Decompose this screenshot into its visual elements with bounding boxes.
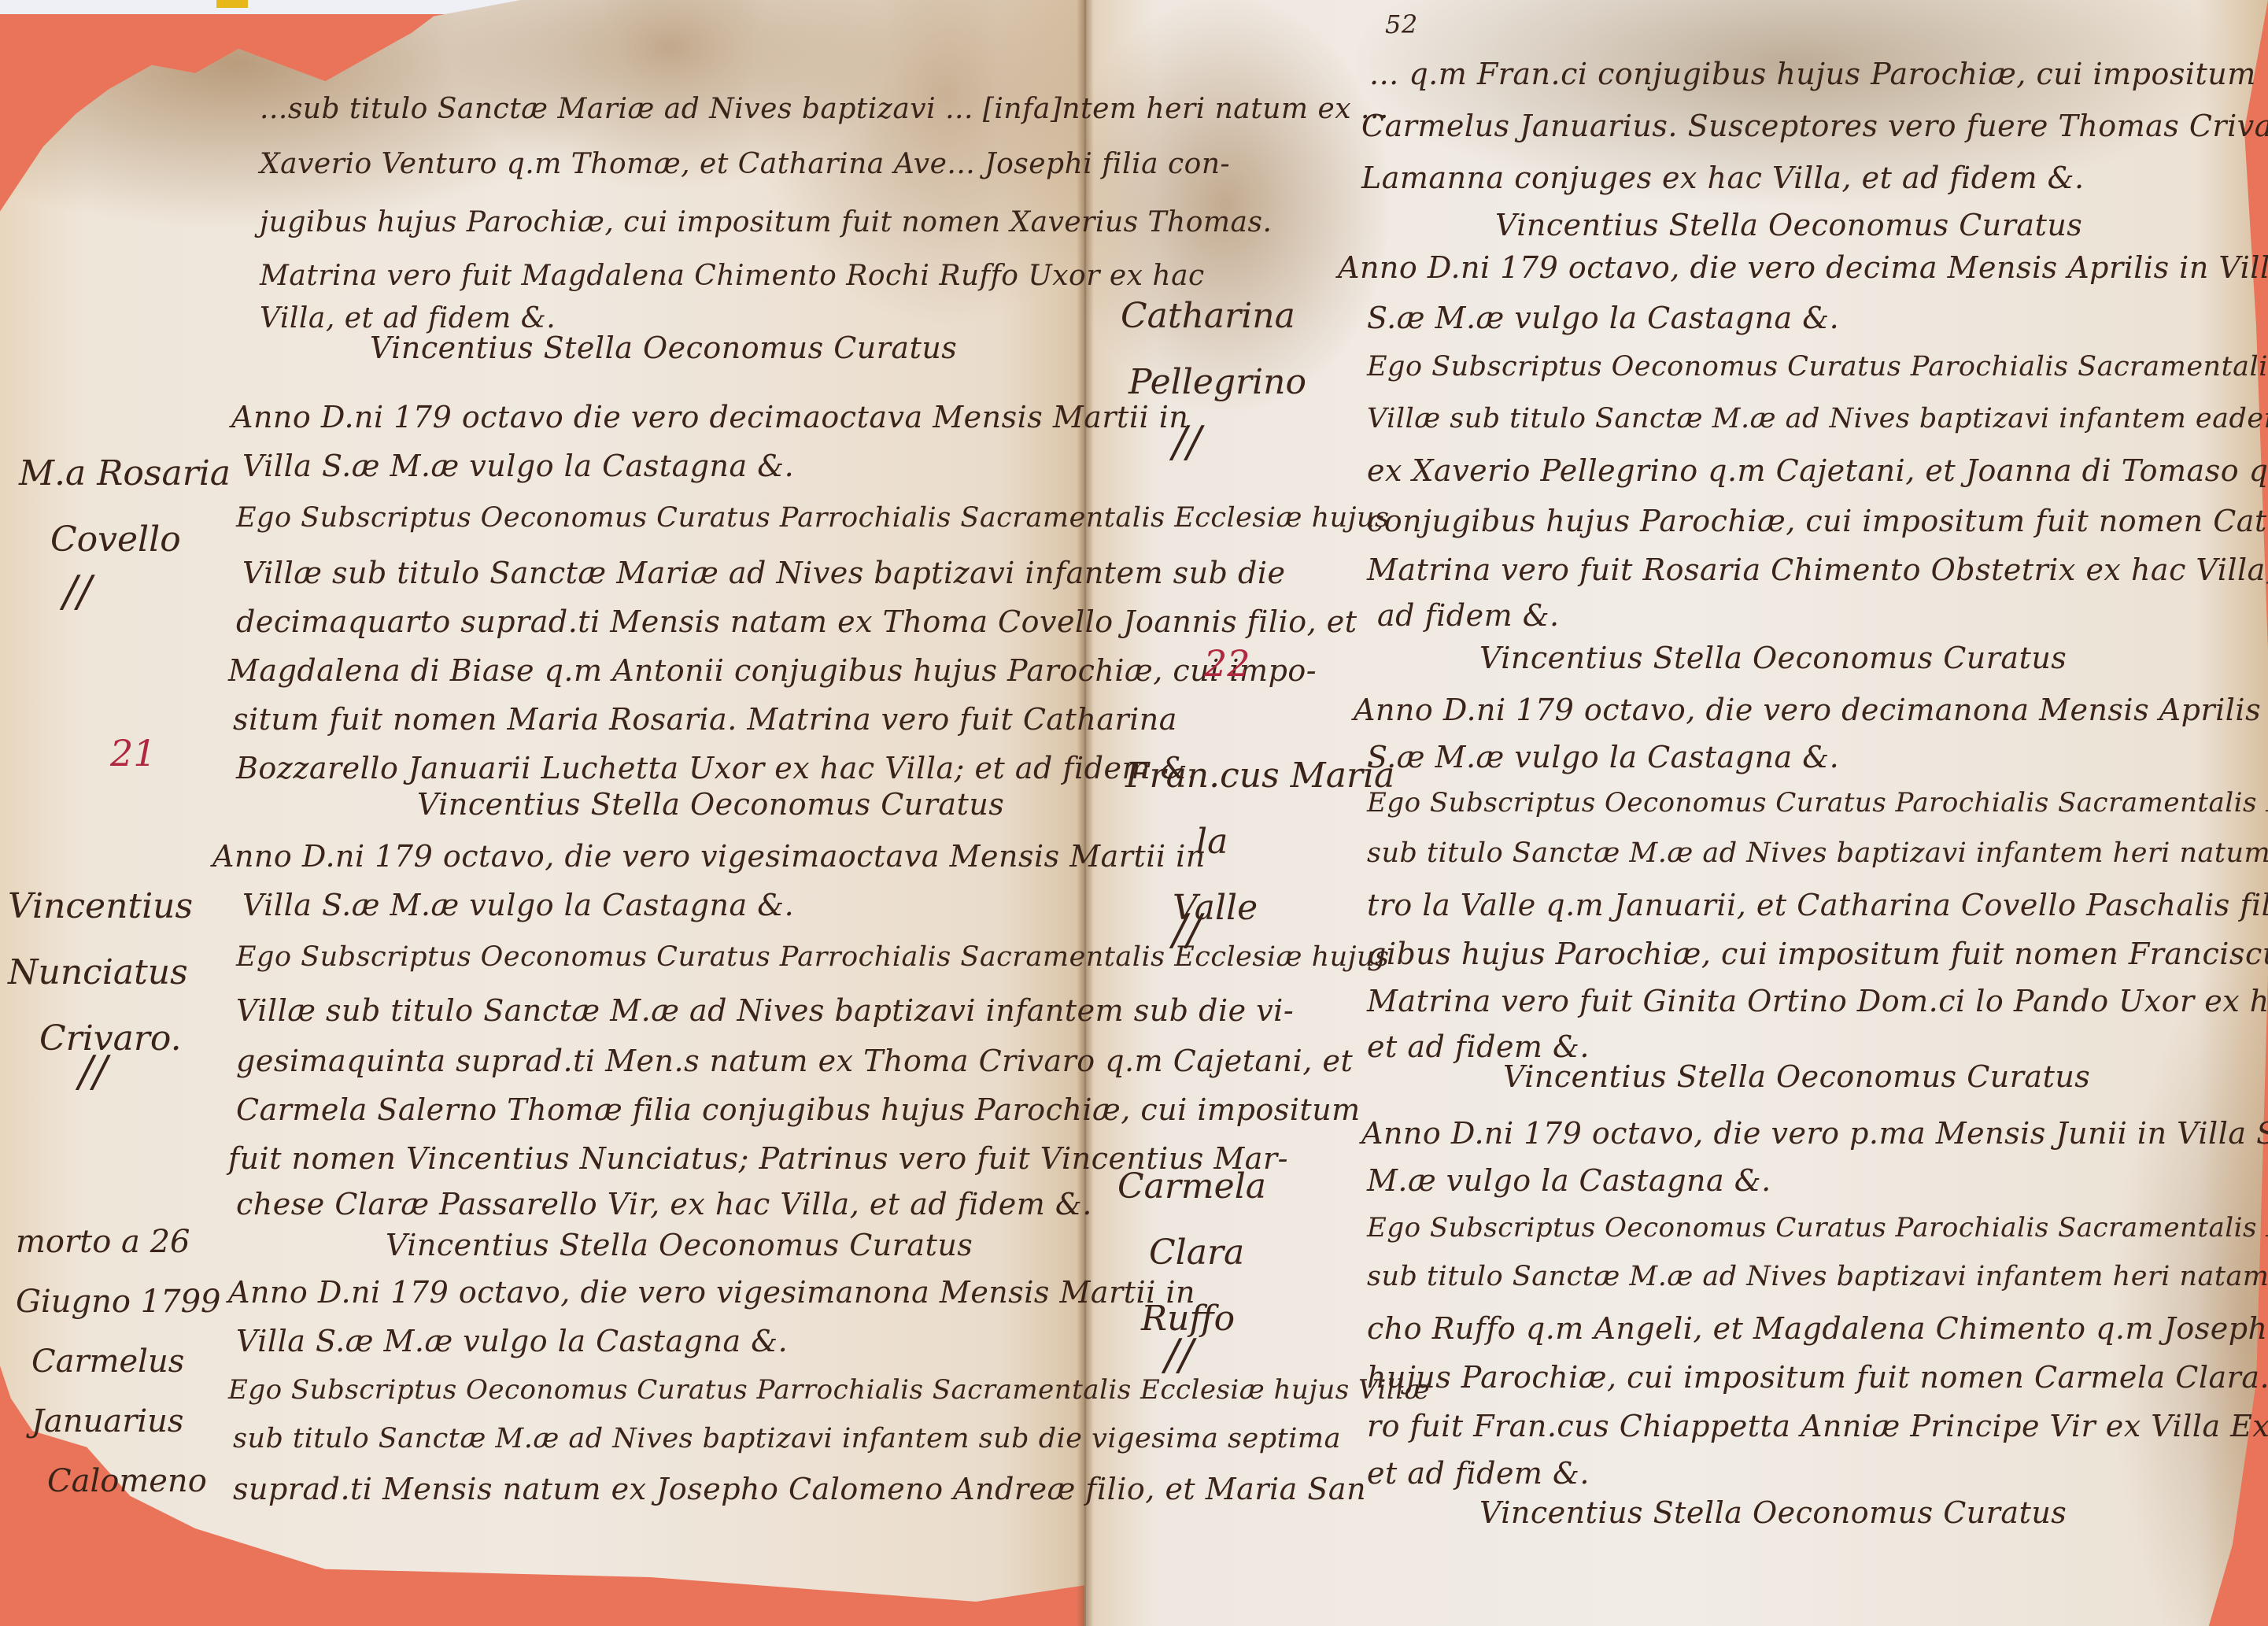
text-line: Ego Subscriptus Oeconomus Curatus Paroch… [1367, 787, 2268, 819]
text-line: Villa S.æ M.æ vulgo la Castagna &. [242, 449, 794, 483]
text-line: decimaquarto suprad.ti Mensis natam ex T… [236, 604, 1357, 639]
text-line: Anno D.ni 179 octavo, die vero decima Me… [1338, 250, 2268, 285]
text-line: Anno D.ni 179 octavo, die vero decimanon… [1354, 693, 2268, 727]
text-line: ex Xaverio Pellegrino q.m Cajetani, et J… [1367, 453, 2268, 488]
text-line: Ego Subscriptus Oeconomus Curatus Paroch… [1367, 1212, 2268, 1244]
text-line: situm fuit nomen Maria Rosaria. Matrina … [233, 702, 1177, 737]
text-line: ro fuit Fran.cus Chiappetta Anniæ Princi… [1367, 1409, 2268, 1443]
text-line: Ego Subscriptus Oeconomus Curatus Parroc… [236, 502, 1390, 534]
text-line: Anno D.ni 179 octavo die vero decimaocta… [231, 400, 1188, 434]
text-line: ad fidem &. [1377, 598, 1560, 633]
signature: Vincentius Stella Oeconomus Curatus [386, 1228, 973, 1262]
text-line: ... q.m Fran.ci conjugibus hujus Parochi… [1369, 57, 2268, 91]
text-line: Bozzarello Januarii Luchetta Uxor ex hac… [236, 751, 1197, 785]
margin-mark: // [79, 1047, 107, 1096]
text-line: chese Claræ Passarello Vir, ex hac Villa… [236, 1187, 1092, 1221]
text-line: sub titulo Sanctæ M.æ ad Nives baptizavi… [233, 1423, 1341, 1454]
text-line: Villa, et ad fidem &. [260, 302, 556, 334]
text-line: gibus hujus Parochiæ, cui impositum fuit… [1367, 937, 2268, 971]
text-line: ...sub titulo Sanctæ Mariæ ad Nives bapt… [260, 93, 1389, 125]
text-line: sub titulo Sanctæ M.æ ad Nives baptizavi… [1367, 837, 2268, 869]
text-line: gesimaquinta suprad.ti Men.s natum ex Th… [236, 1044, 1353, 1078]
folio-number-red: 22 [1204, 642, 1250, 685]
text-line: Matrina vero fuit Ginita Ortino Dom.ci l… [1367, 984, 2268, 1018]
signature: Vincentius Stella Oeconomus Curatus [1479, 641, 2067, 675]
text-line: M.æ vulgo la Castagna &. [1367, 1163, 1771, 1198]
text-line: Ego Subscriptus Oeconomus Curatus Paroch… [1367, 351, 2268, 382]
text-line: Anno D.ni 179 octavo, die vero vigesimao… [212, 839, 1206, 874]
text-line: Matrina vero fuit Magdalena Chimento Roc… [260, 260, 1205, 292]
text-line: conjugibus hujus Parochiæ, cui impositum… [1367, 504, 2268, 538]
text-line: Villæ sub titulo Sanctæ Mariæ ad Nives b… [242, 556, 1286, 590]
text-line: Villæ sub titulo Sanctæ M.æ ad Nives bap… [236, 993, 1294, 1028]
text-line: hujus Parochiæ, cui impositum fuit nomen… [1367, 1360, 2268, 1395]
text-line: Villa S.æ M.æ vulgo la Castagna &. [242, 888, 794, 922]
margin-mark: // [1173, 417, 1201, 467]
margin-mark: // [63, 567, 91, 616]
text-line: Ego Subscriptus Oeconomus Curatus Parroc… [236, 941, 1390, 973]
text-line: S.æ M.æ vulgo la Castagna &. [1367, 740, 1839, 774]
signature: Vincentius Stella Oeconomus Curatus [370, 331, 957, 365]
margin-mark: // [1165, 1330, 1193, 1380]
folio-number-red: 21 [110, 732, 157, 774]
text-line: Carmela Salerno Thomæ filia conjugibus h… [236, 1092, 1361, 1127]
text-line: tro la Valle q.m Januarii, et Catharina … [1367, 888, 2268, 922]
text-line: Carmelus Januarius. Susceptores vero fue… [1361, 109, 2268, 143]
text-line: Villæ sub titulo Sanctæ M.æ ad Nives bap… [1367, 403, 2268, 434]
margin-name: Catharina Pellegrino [1121, 283, 1306, 416]
text-line: Matrina vero fuit Rosaria Chimento Obste… [1367, 552, 2268, 587]
signature: Vincentius Stella Oeconomus Curatus [1503, 1059, 2090, 1094]
corner-mark: 52 [1385, 9, 1418, 39]
text-line: Lamanna conjuges ex hac Villa, et ad fid… [1361, 161, 2085, 195]
margin-mark: // [1173, 905, 1201, 955]
text-line: Anno D.ni 179 octavo, die vero p.ma Mens… [1361, 1116, 2268, 1151]
text-line: jugibus hujus Parochiæ, cui impositum fu… [260, 206, 1272, 238]
text-line: Xaverio Venturo q.m Thomæ, et Catharina … [260, 148, 1230, 180]
backdrop-yellow-mark [216, 0, 248, 8]
text-line: et ad fidem &. [1367, 1456, 1590, 1491]
signature: Vincentius Stella Oeconomus Curatus [1479, 1495, 2067, 1530]
text-line: Villa S.æ M.æ vulgo la Castagna &. [236, 1324, 788, 1358]
text-line: Magdalena di Biase q.m Antonii conjugibu… [228, 653, 1317, 688]
margin-name: morto a 26 Giugno 1799 Carmelus Januariu… [16, 1212, 220, 1511]
signature: Vincentius Stella Oeconomus Curatus [417, 787, 1004, 822]
text-line: Ego Subscriptus Oeconomus Curatus Parroc… [228, 1374, 1430, 1406]
margin-name: M.a Rosaria Covello [19, 441, 231, 573]
margin-name: Fran.cus Maria la Valle [1125, 743, 1394, 941]
margin-name: Vincentius Nunciatus Crivaro. [8, 874, 193, 1072]
text-line: Anno D.ni 179 octavo, die vero vigesiman… [228, 1275, 1195, 1310]
text-line: cho Ruffo q.m Angeli, et Magdalena Chime… [1367, 1311, 2268, 1346]
text-line: sub titulo Sanctæ M.æ ad Nives baptizavi… [1367, 1261, 2268, 1292]
signature: Vincentius Stella Oeconomus Curatus [1495, 208, 2082, 242]
margin-name: Carmela Clara Ruffo [1117, 1154, 1266, 1352]
text-line: S.æ M.æ vulgo la Castagna &. [1367, 301, 1839, 335]
text-line: suprad.ti Mensis natum ex Josepho Calome… [233, 1472, 1366, 1506]
